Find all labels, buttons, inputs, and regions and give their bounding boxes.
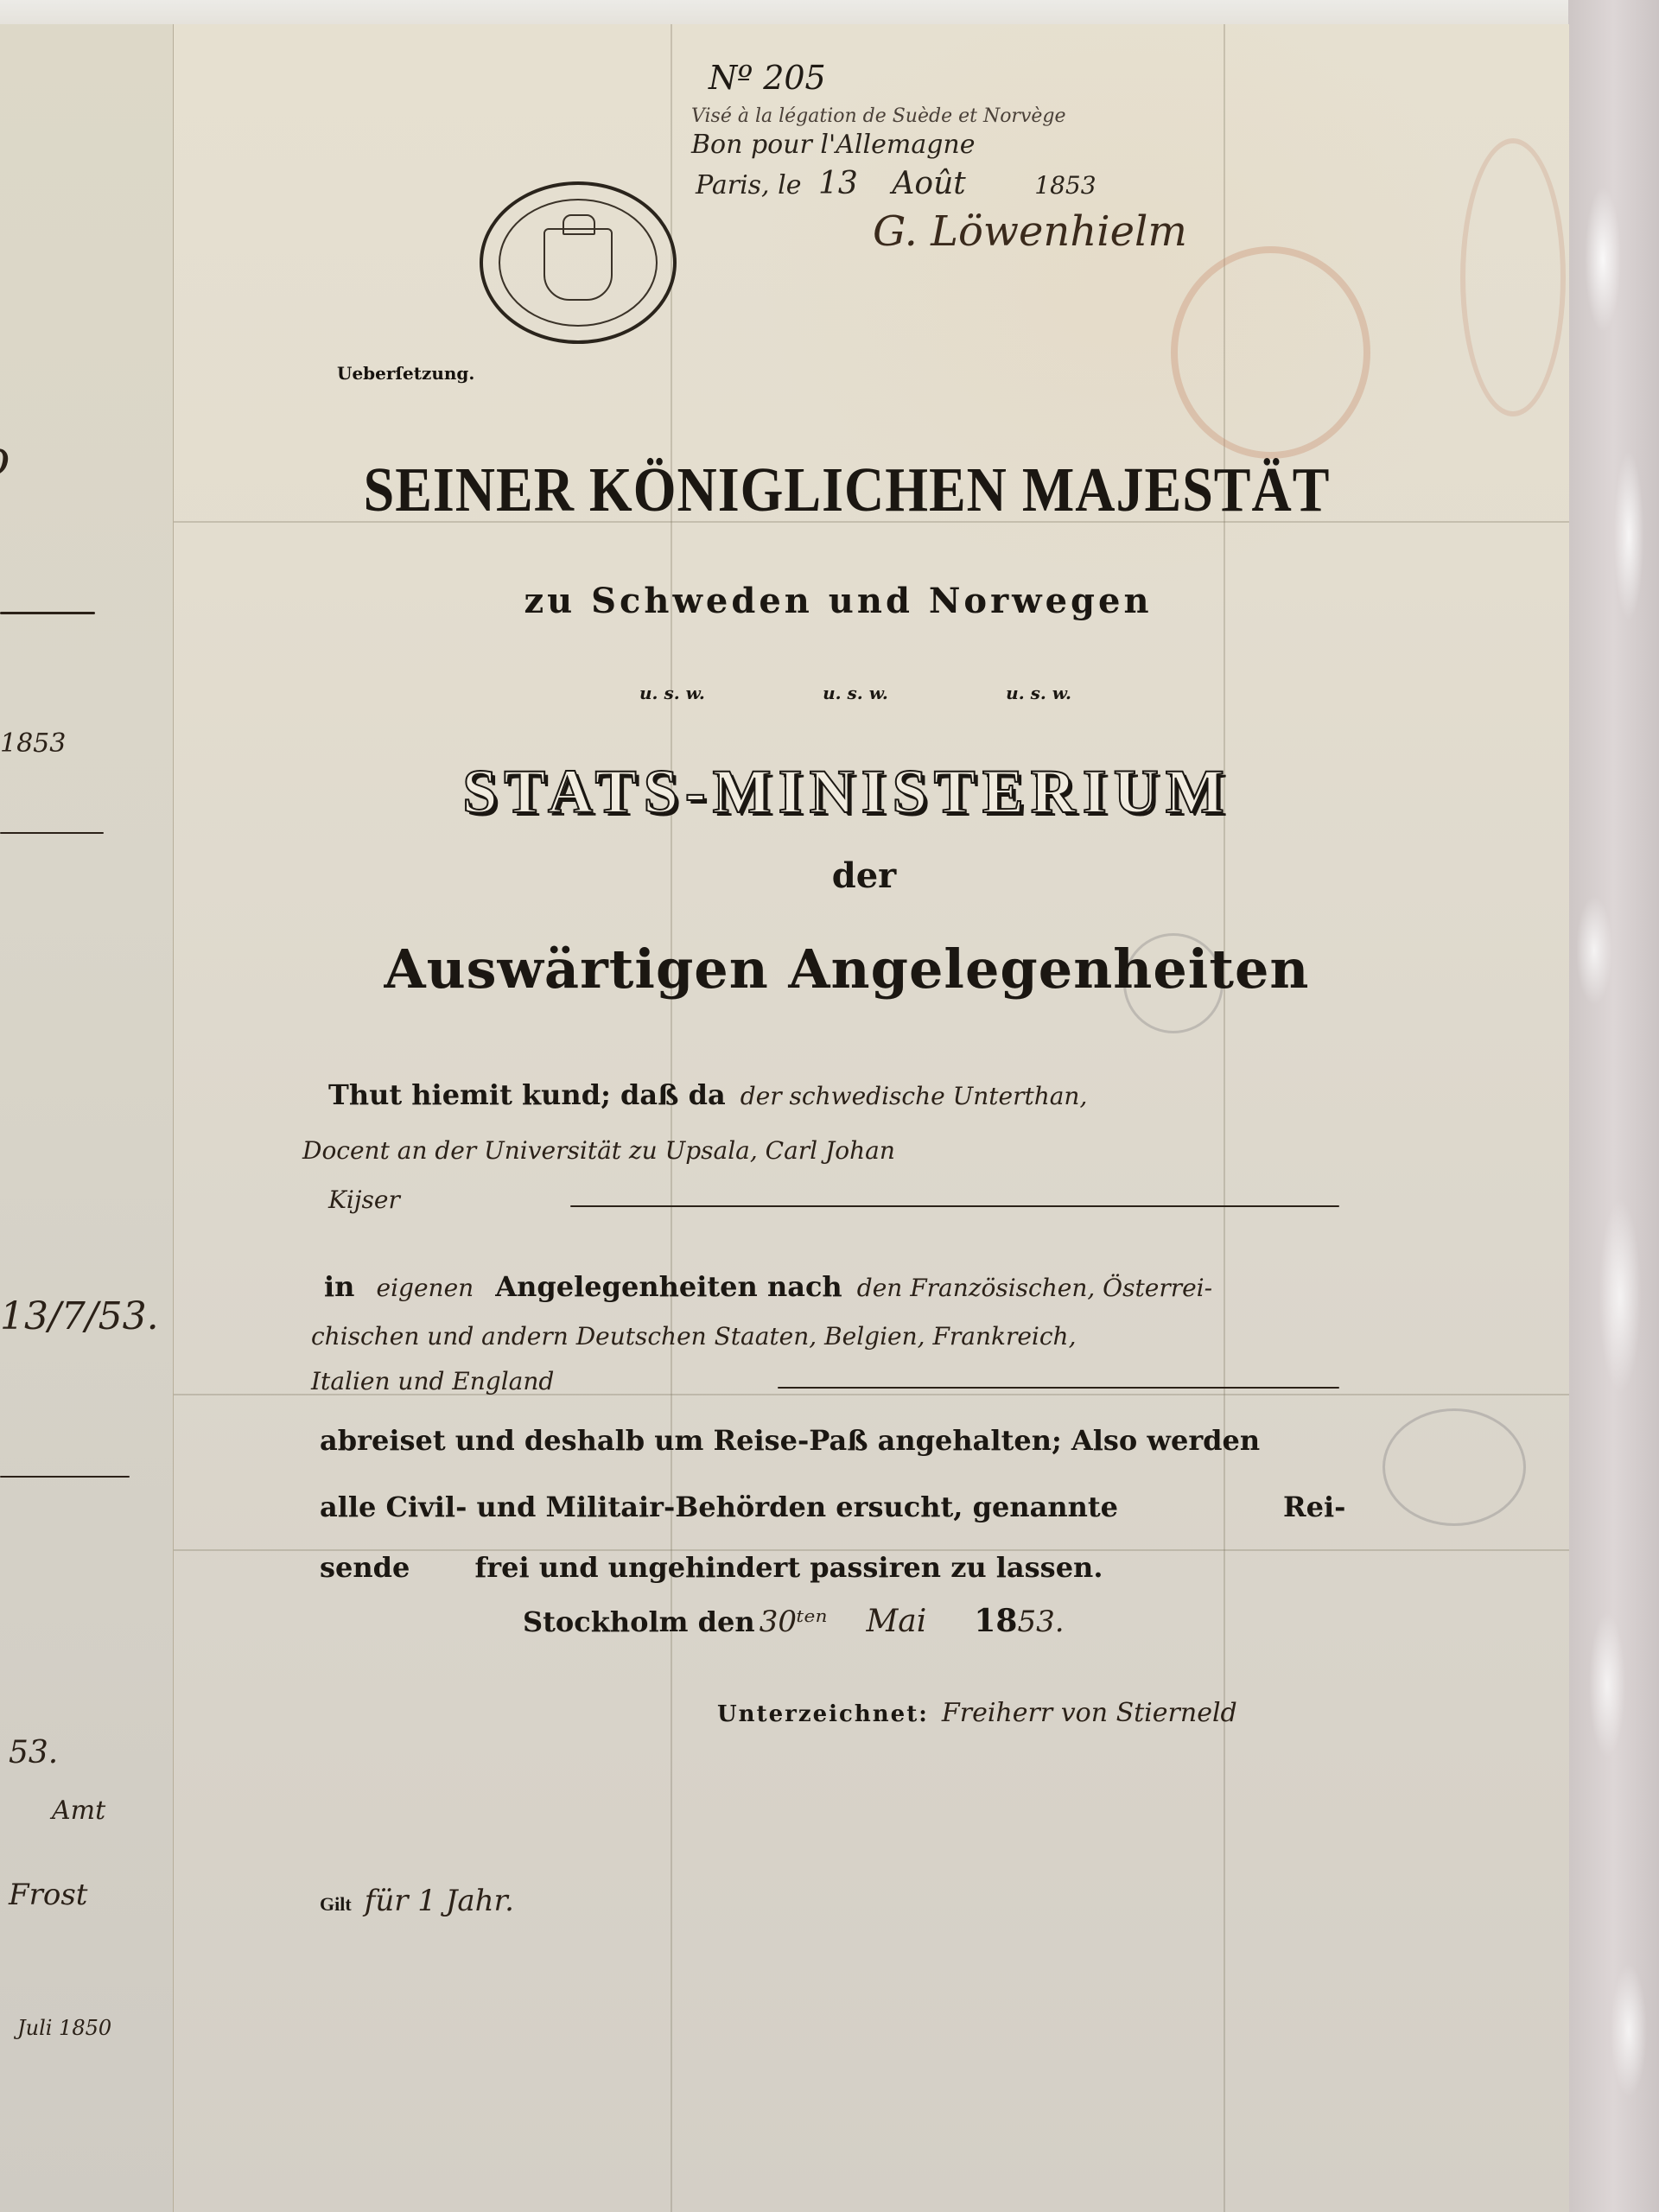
body-line-7: abreiset und deshalb um Reise-Paß angeha… [320,1424,1357,1457]
ink-flourish [0,832,104,834]
printed-text: in [324,1270,354,1303]
handwritten-line: Italien und England [311,1367,554,1395]
printed-text: Rei- [1283,1491,1345,1523]
heading-foreign-affairs: Auswärtigen Angelegenheiten [380,938,1313,1001]
visa-line-3: Paris, le 13 Août 1853 [696,166,1096,201]
date-place: Stockholm den [523,1605,755,1638]
visa-day: 13 [818,166,858,201]
usw-row: u. s. w. u. s. w. u. s. w. [639,683,1071,703]
left-year-1: 1853 [0,728,66,759]
body-line-8: alle Civil- und Militair-Behörden ersuch… [320,1491,1357,1523]
left-word-amt: Amt [52,1796,105,1826]
date-month: Mai [866,1604,926,1639]
visa-year: 1853 [1034,171,1096,200]
handwritten-text: den Französischen, Österrei- [857,1274,1212,1302]
date-year-handwritten: 53. [1017,1605,1064,1639]
plastic-sleeve-background [1568,0,1659,2212]
handwritten-line: Docent an der Universität zu Upsala, Car… [302,1136,895,1165]
signatory-name: Freiherr von Stierneld [942,1698,1237,1728]
visa-signature: G. Löwenhielm [873,207,1187,256]
usw-2: u. s. w. [823,683,888,703]
visa-number: Nº 205 [709,59,826,97]
visa-line-2: Bon pour l'Allemagne [691,130,976,160]
fill-line [570,1205,1339,1207]
fill-line [778,1387,1339,1389]
signed-label: Unterzeichnet: [717,1701,929,1727]
date-day: 30ᵗᵉⁿ [760,1605,828,1639]
usw-1: u. s. w. [639,683,705,703]
faded-red-stamp-icon [1460,138,1566,416]
printed-text: sende [320,1551,410,1584]
ink-flourish: ↄ [0,430,10,486]
handwritten-name: Kijser [328,1185,400,1214]
date-year-printed: 18 [974,1603,1017,1639]
body-line-4: in eigenen Angelegenheiten nach den Fran… [324,1270,1212,1303]
heading-ministry: STATS-MINISTERIUM [363,756,1331,828]
visa-place: Paris, le [696,170,801,200]
date-line: Stockholm den 30ᵗᵉⁿ Mai 1853. [523,1603,1065,1639]
printed-text: alle Civil- und Militair-Behörden ersuch… [320,1491,1118,1523]
validity-value: für 1 Jahr. [365,1884,514,1918]
royal-coat-of-arms-icon [543,228,613,301]
printed-text: Thut hiemit kund; daß da [328,1078,726,1111]
left-year-2: 53. [9,1735,58,1770]
fold-line [671,24,672,2212]
heading-der: der [778,855,950,896]
ink-flourish [0,612,95,614]
left-date-1: 13/7/53. [0,1294,159,1338]
visa-line-1: Visé à la légation de Suède et Norvège [691,105,1066,127]
translation-label: Ueberſetzung. [337,363,474,384]
left-page: ↄ 1853 13/7/53. 53. Amt Frost Juli 1850 [0,24,175,2212]
handwritten-text: der schwedische Unterthan, [741,1082,1088,1110]
ink-flourish [0,1476,130,1478]
faded-stamp-icon [1382,1408,1526,1526]
handwritten-line: chischen und andern Deutschen Staaten, B… [311,1322,1076,1351]
body-line-1: Thut hiemit kund; daß da der schwedische… [328,1078,1087,1111]
validity-line: Gilt für 1 Jahr. [320,1884,514,1918]
handwritten-text: eigenen [377,1274,474,1302]
legation-seal [480,181,677,344]
signature-line: Unterzeichnet: Freiherr von Stierneld [717,1698,1237,1728]
body-line-9: sende frei und ungehindert passiren zu l… [320,1551,1103,1584]
heading-sweden-norway: zu Schweden und Norwegen [484,581,1192,621]
left-date-2: Juli 1850 [17,2016,111,2040]
printed-text: Angelegenheiten nach [495,1270,842,1303]
heading-majesty: SEINER KÖNIGLICHEN MAJESTÄT [363,453,1331,526]
validity-label: Gilt [320,1893,352,1915]
usw-3: u. s. w. [1006,683,1071,703]
visa-month: Août [892,166,965,201]
faded-red-stamp-icon [1171,246,1370,459]
printed-text: frei und ungehindert passiren zu lassen. [474,1551,1103,1584]
left-word-frost: Frost [9,1878,87,1912]
